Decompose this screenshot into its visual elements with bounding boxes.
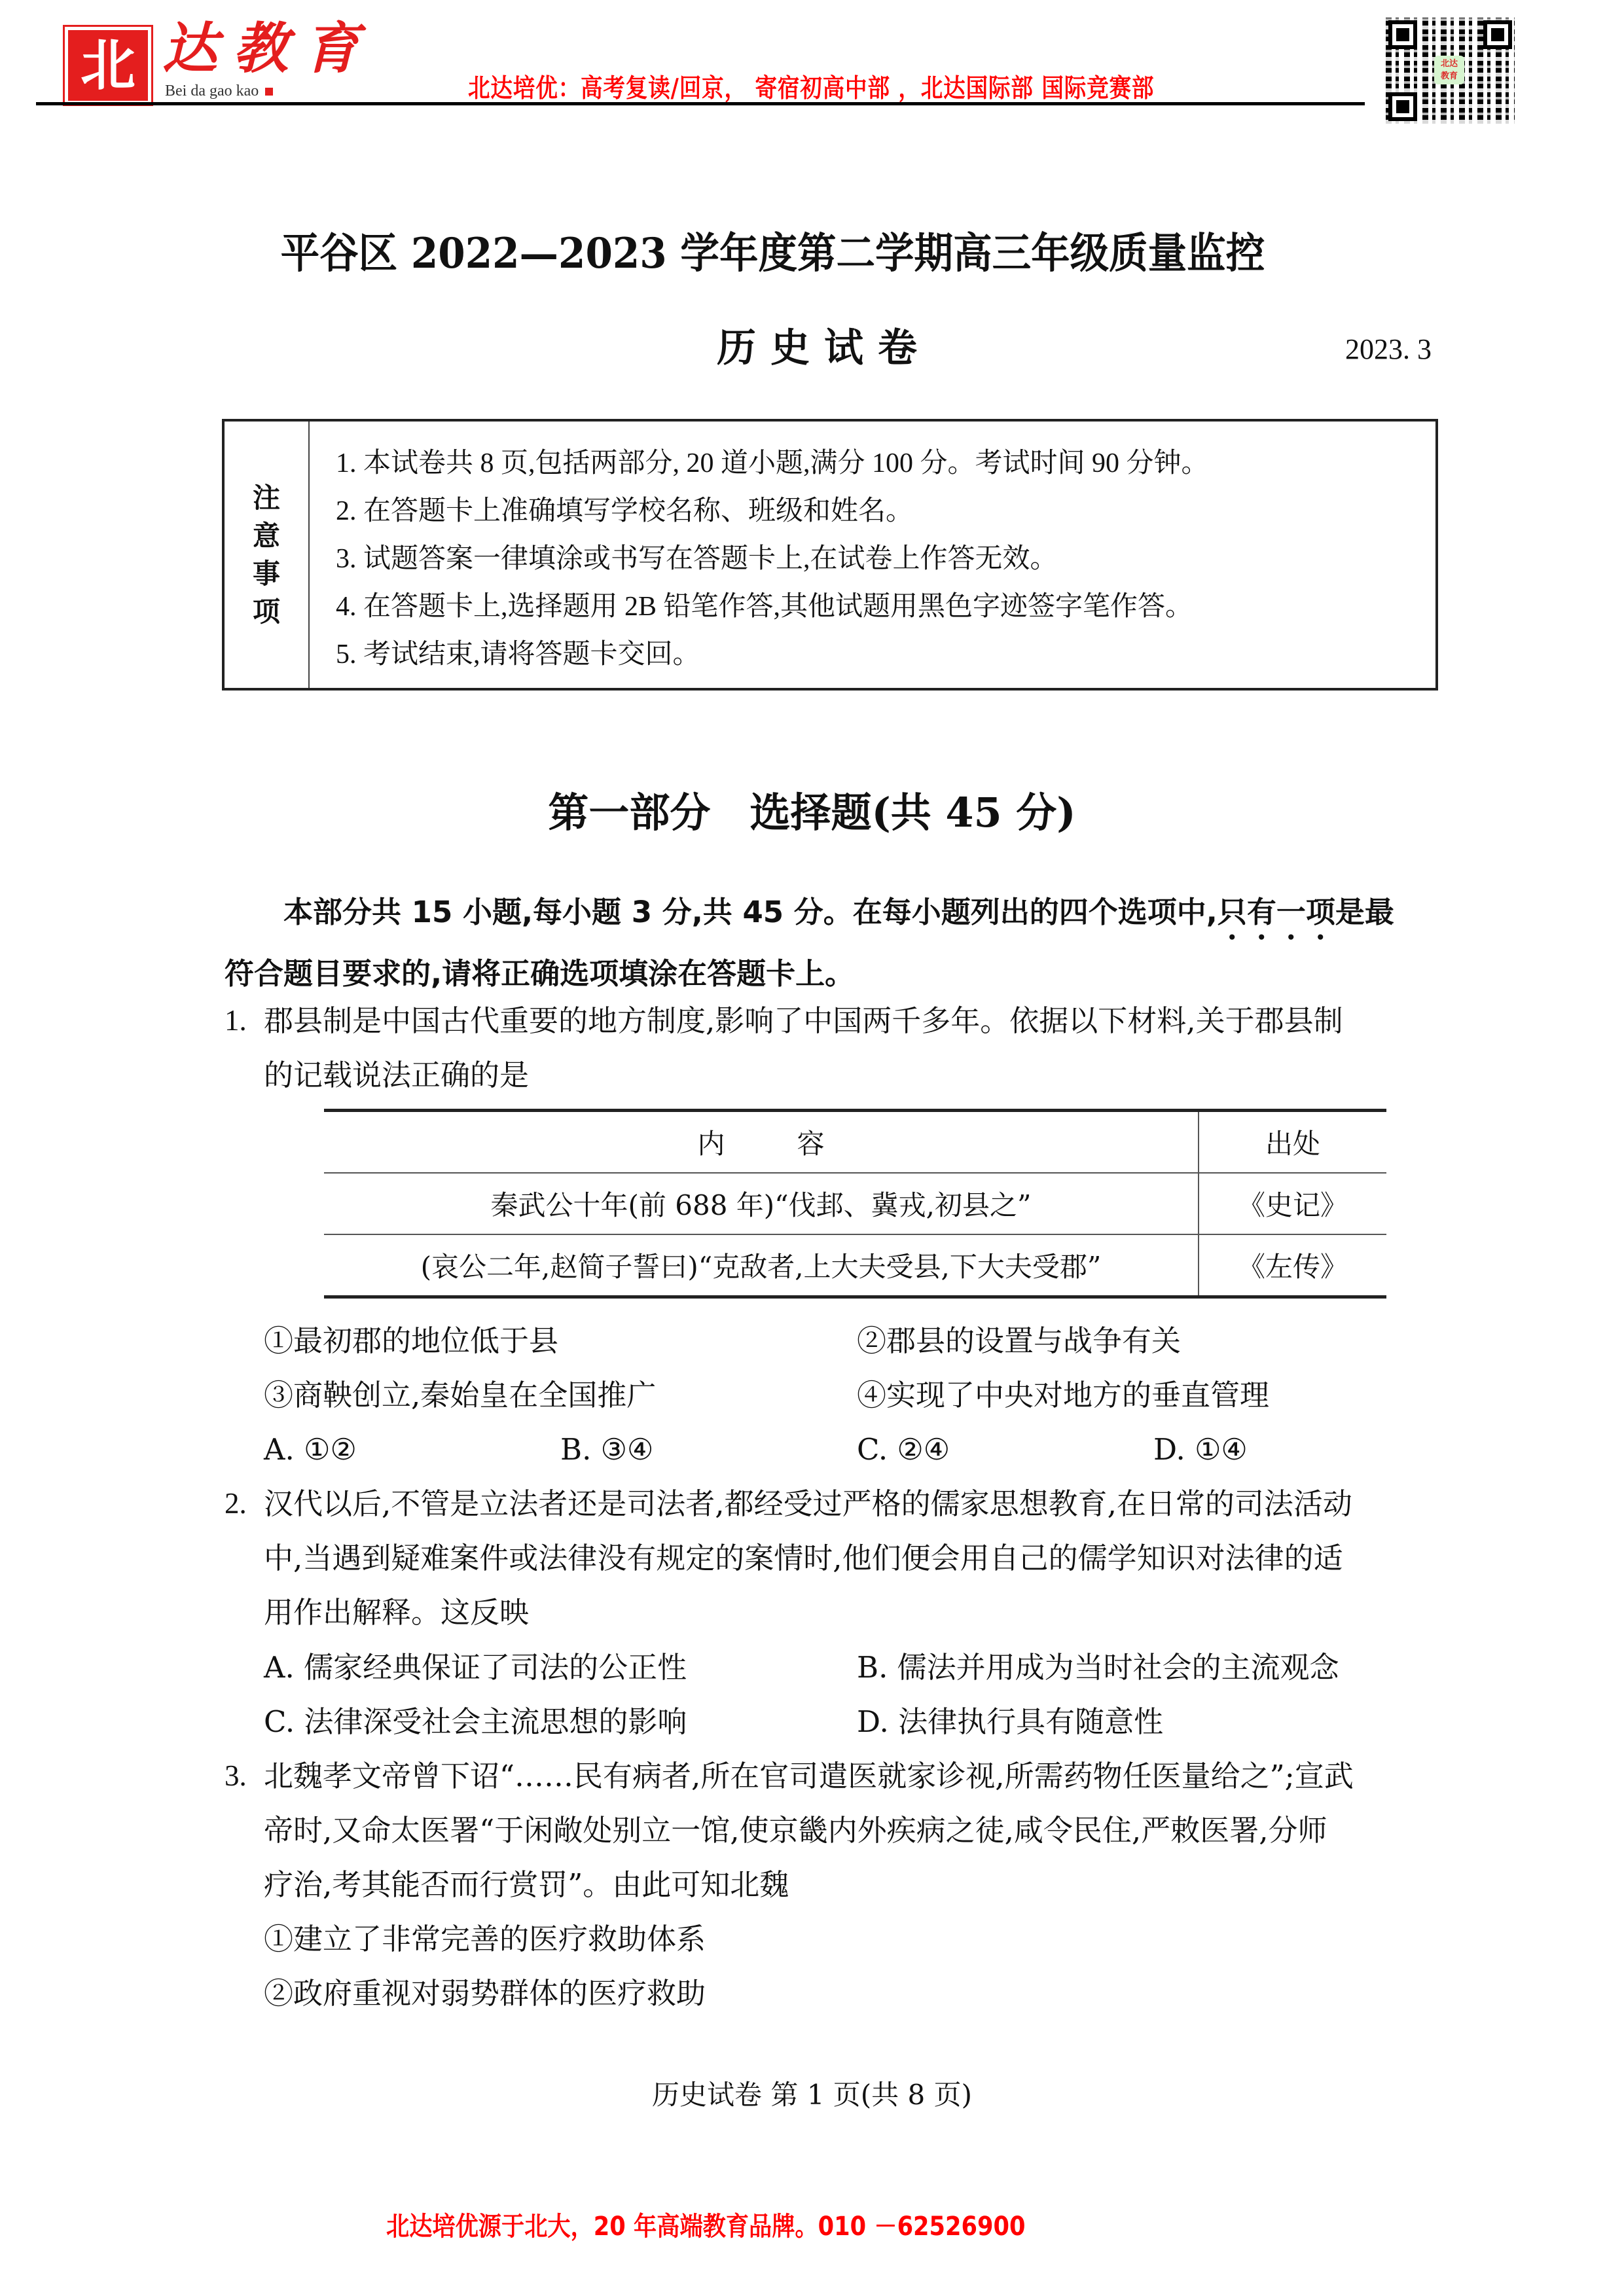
section-instructions: 本部分共 15 小题,每小题 3 分,共 45 分。在每小题列出的四个选项中,只… bbox=[225, 885, 1442, 1001]
section-part-label: 第一部分 bbox=[548, 789, 710, 836]
qr-code-icon: 北达教育 bbox=[1386, 18, 1515, 124]
instruction-emphasis: 只有一项 bbox=[1218, 895, 1335, 929]
source-table: 内容 出处 秦武公十年(前 688 年)“伐邽、冀戎,初县之” 《史记》 (哀公… bbox=[324, 1109, 1386, 1299]
option-c[interactable]: C. 法律深受社会主流思想的影响 bbox=[264, 1695, 687, 1749]
qr-finder-icon bbox=[1388, 20, 1417, 49]
section-title: 第一部分选择题(共 45 分) bbox=[0, 780, 1624, 838]
option-a[interactable]: A. ①② bbox=[264, 1422, 357, 1477]
option-c[interactable]: C. ②④ bbox=[857, 1422, 950, 1477]
option-d[interactable]: D. 法律执行具有随意性 bbox=[857, 1695, 1163, 1749]
notice-label-char: 事 bbox=[253, 555, 280, 593]
notice-box: 注 意 事 项 1. 本试卷共 8 页,包括两部分, 20 道小题,满分 100… bbox=[222, 419, 1438, 691]
section-type-label: 选择题(共 45 分) bbox=[749, 789, 1075, 836]
exam-date: 2023. 3 bbox=[1345, 332, 1432, 366]
brand-pinyin-text: Bei da gao kao bbox=[165, 82, 259, 99]
option-b[interactable]: B. 儒法并用成为当时社会的主流观念 bbox=[857, 1640, 1339, 1695]
exam-title: 平谷区 2022—2023 学年度第二学期高三年级质量监控 bbox=[0, 220, 1624, 280]
table-header-content: 内容 bbox=[324, 1111, 1199, 1174]
table-cell-source: 《史记》 bbox=[1199, 1173, 1386, 1234]
notice-label-char: 项 bbox=[253, 593, 280, 631]
option-a[interactable]: A. 儒家经典保证了司法的公正性 bbox=[264, 1640, 687, 1695]
answer-options: A. 儒家经典保证了司法的公正性 B. 儒法并用成为当时社会的主流观念 bbox=[264, 1640, 1442, 1695]
stem-line: 中,当遇到疑难案件或法律没有规定的案情时,他们便会用自己的儒学知识对法律的适 bbox=[264, 1531, 1442, 1585]
header-tagline: 北达培优：高考复读/回京， 寄宿初高中部 ，北达国际部 国际竞赛部 bbox=[468, 68, 1154, 105]
brand-logo-text: 达教育 bbox=[162, 21, 374, 76]
notice-item: 5. 考试结束,请将答题卡交回。 bbox=[336, 631, 1209, 679]
instruction-text: 本部分共 15 小题,每小题 3 分,共 45 分。在每小题列出的四个选项中, bbox=[283, 895, 1218, 929]
question-stem: 汉代以后,不管是立法者还是司法者,都经受过严格的儒家思想教育,在日常的司法活动 … bbox=[225, 1477, 1442, 1640]
notice-item: 2. 在答题卡上准确填写学校名称、班级和姓名。 bbox=[336, 488, 1209, 535]
stem-line: 北魏孝文帝曾下诏“……民有病者,所在官司遣医就家诊视,所需药物任医量给之”;宣武 bbox=[264, 1749, 1442, 1803]
statement: ①最初郡的地位低于县 bbox=[264, 1314, 558, 1368]
option-d[interactable]: D. ①④ bbox=[1153, 1422, 1248, 1477]
brand-logo-pinyin: Bei da gao kao bbox=[165, 82, 273, 100]
question-number: 3. bbox=[225, 1749, 247, 1803]
question-stem: 郡县制是中国古代重要的地方制度,影响了中国两千多年。依据以下材料,关于郡县制 的… bbox=[225, 994, 1442, 1102]
table-header-row: 内容 出处 bbox=[324, 1111, 1386, 1174]
header-text: 内容 bbox=[697, 1128, 896, 1160]
stem-line: 用作出解释。这反映 bbox=[264, 1585, 1442, 1640]
bottom-advert: 北达培优源于北大，20 年高端教育品牌。010 －62526900 bbox=[386, 2206, 1026, 2243]
qr-logo-line: 教育 bbox=[1434, 70, 1464, 82]
stem-line: 帝时,又命太医署“于闲敞处别立一馆,使京畿内外疾病之徒,咸令民住,严敕医署,分师 bbox=[264, 1803, 1442, 1857]
qr-finder-icon bbox=[1388, 92, 1417, 121]
red-square-icon bbox=[265, 88, 273, 96]
option-b[interactable]: B. ③④ bbox=[560, 1422, 653, 1477]
table-cell-content: (哀公二年,赵简子誓曰)“克敌者,上大夫受县,下大夫受郡” bbox=[324, 1234, 1199, 1297]
qr-finder-icon bbox=[1483, 20, 1512, 49]
notice-label-char: 注 bbox=[253, 479, 280, 517]
question-1: 1. 郡县制是中国古代重要的地方制度,影响了中国两千多年。依据以下材料,关于郡县… bbox=[225, 994, 1442, 1102]
question-number: 2. bbox=[225, 1477, 247, 1531]
statement-row: ①最初郡的地位低于县 ②郡县的设置与战争有关 bbox=[264, 1314, 1442, 1369]
page-footer: 历史试卷 第 1 页(共 8 页) bbox=[0, 2073, 1624, 2113]
table-row: 秦武公十年(前 688 年)“伐邽、冀戎,初县之” 《史记》 bbox=[324, 1173, 1386, 1234]
statement: ②政府重视对弱势群体的医疗救助 bbox=[264, 1966, 1442, 2020]
instruction-text: 是最 bbox=[1335, 895, 1394, 929]
table-cell-content: 秦武公十年(前 688 年)“伐邽、冀戎,初县之” bbox=[324, 1173, 1199, 1234]
stem-line: 汉代以后,不管是立法者还是司法者,都经受过严格的儒家思想教育,在日常的司法活动 bbox=[264, 1477, 1442, 1531]
table-row: (哀公二年,赵简子誓曰)“克敌者,上大夫受县,下大夫受郡” 《左传》 bbox=[324, 1234, 1386, 1297]
question-2: 2. 汉代以后,不管是立法者还是司法者,都经受过严格的儒家思想教育,在日常的司法… bbox=[225, 1477, 1442, 1640]
statement: ③商鞅创立,秦始皇在全国推广 bbox=[264, 1368, 656, 1422]
notice-label-char: 意 bbox=[253, 517, 280, 555]
notice-item: 3. 试题答案一律填涂或书写在答题卡上,在试卷上作答无效。 bbox=[336, 535, 1209, 583]
notice-label: 注 意 事 项 bbox=[225, 422, 310, 688]
qr-logo-line: 北达 bbox=[1434, 58, 1464, 70]
question-3: 3. 北魏孝文帝曾下诏“……民有病者,所在官司遣医就家诊视,所需药物任医量给之”… bbox=[225, 1749, 1442, 2020]
statement: ④实现了中央对地方的垂直管理 bbox=[857, 1368, 1269, 1422]
notice-item: 1. 本试卷共 8 页,包括两部分, 20 道小题,满分 100 分。考试时间 … bbox=[336, 440, 1209, 488]
brand-logo-seal: 北 bbox=[63, 25, 153, 106]
table-header-source: 出处 bbox=[1199, 1111, 1386, 1174]
table-cell-source: 《左传》 bbox=[1199, 1234, 1386, 1297]
answer-options: A. ①② B. ③④ C. ②④ D. ①④ bbox=[264, 1422, 1442, 1477]
stem-line: 的记载说法正确的是 bbox=[264, 1048, 1442, 1102]
exam-title-text: 平谷区 2022—2023 学年度第二学期高三年级质量监控 bbox=[281, 220, 1265, 280]
statement-row: ③商鞅创立,秦始皇在全国推广 ④实现了中央对地方的垂直管理 bbox=[264, 1368, 1442, 1423]
stem-line: 疗治,考其能否而行赏罚”。由此可知北魏 bbox=[264, 1857, 1442, 1912]
exam-subject: 历史试卷 bbox=[717, 317, 931, 373]
statement: ②郡县的设置与战争有关 bbox=[857, 1314, 1181, 1368]
header-divider bbox=[36, 102, 1365, 105]
answer-options: C. 法律深受社会主流思想的影响 D. 法律执行具有随意性 bbox=[264, 1695, 1442, 1749]
notice-item: 4. 在答题卡上,选择题用 2B 铅笔作答,其他试题用黑色字迹签字笔作答。 bbox=[336, 583, 1209, 631]
qr-center-logo: 北达教育 bbox=[1434, 56, 1464, 84]
instruction-text: 符合题目要求的,请将正确选项填涂在答题卡上。 bbox=[225, 946, 1442, 1001]
statement: ①建立了非常完善的医疗救助体系 bbox=[264, 1912, 1442, 1966]
stem-line: 郡县制是中国古代重要的地方制度,影响了中国两千多年。依据以下材料,关于郡县制 bbox=[264, 994, 1442, 1048]
notice-items: 1. 本试卷共 8 页,包括两部分, 20 道小题,满分 100 分。考试时间 … bbox=[336, 440, 1209, 679]
question-number: 1. bbox=[225, 994, 247, 1048]
question-stem: 北魏孝文帝曾下诏“……民有病者,所在官司遣医就家诊视,所需药物任医量给之”;宣武… bbox=[225, 1749, 1442, 2020]
